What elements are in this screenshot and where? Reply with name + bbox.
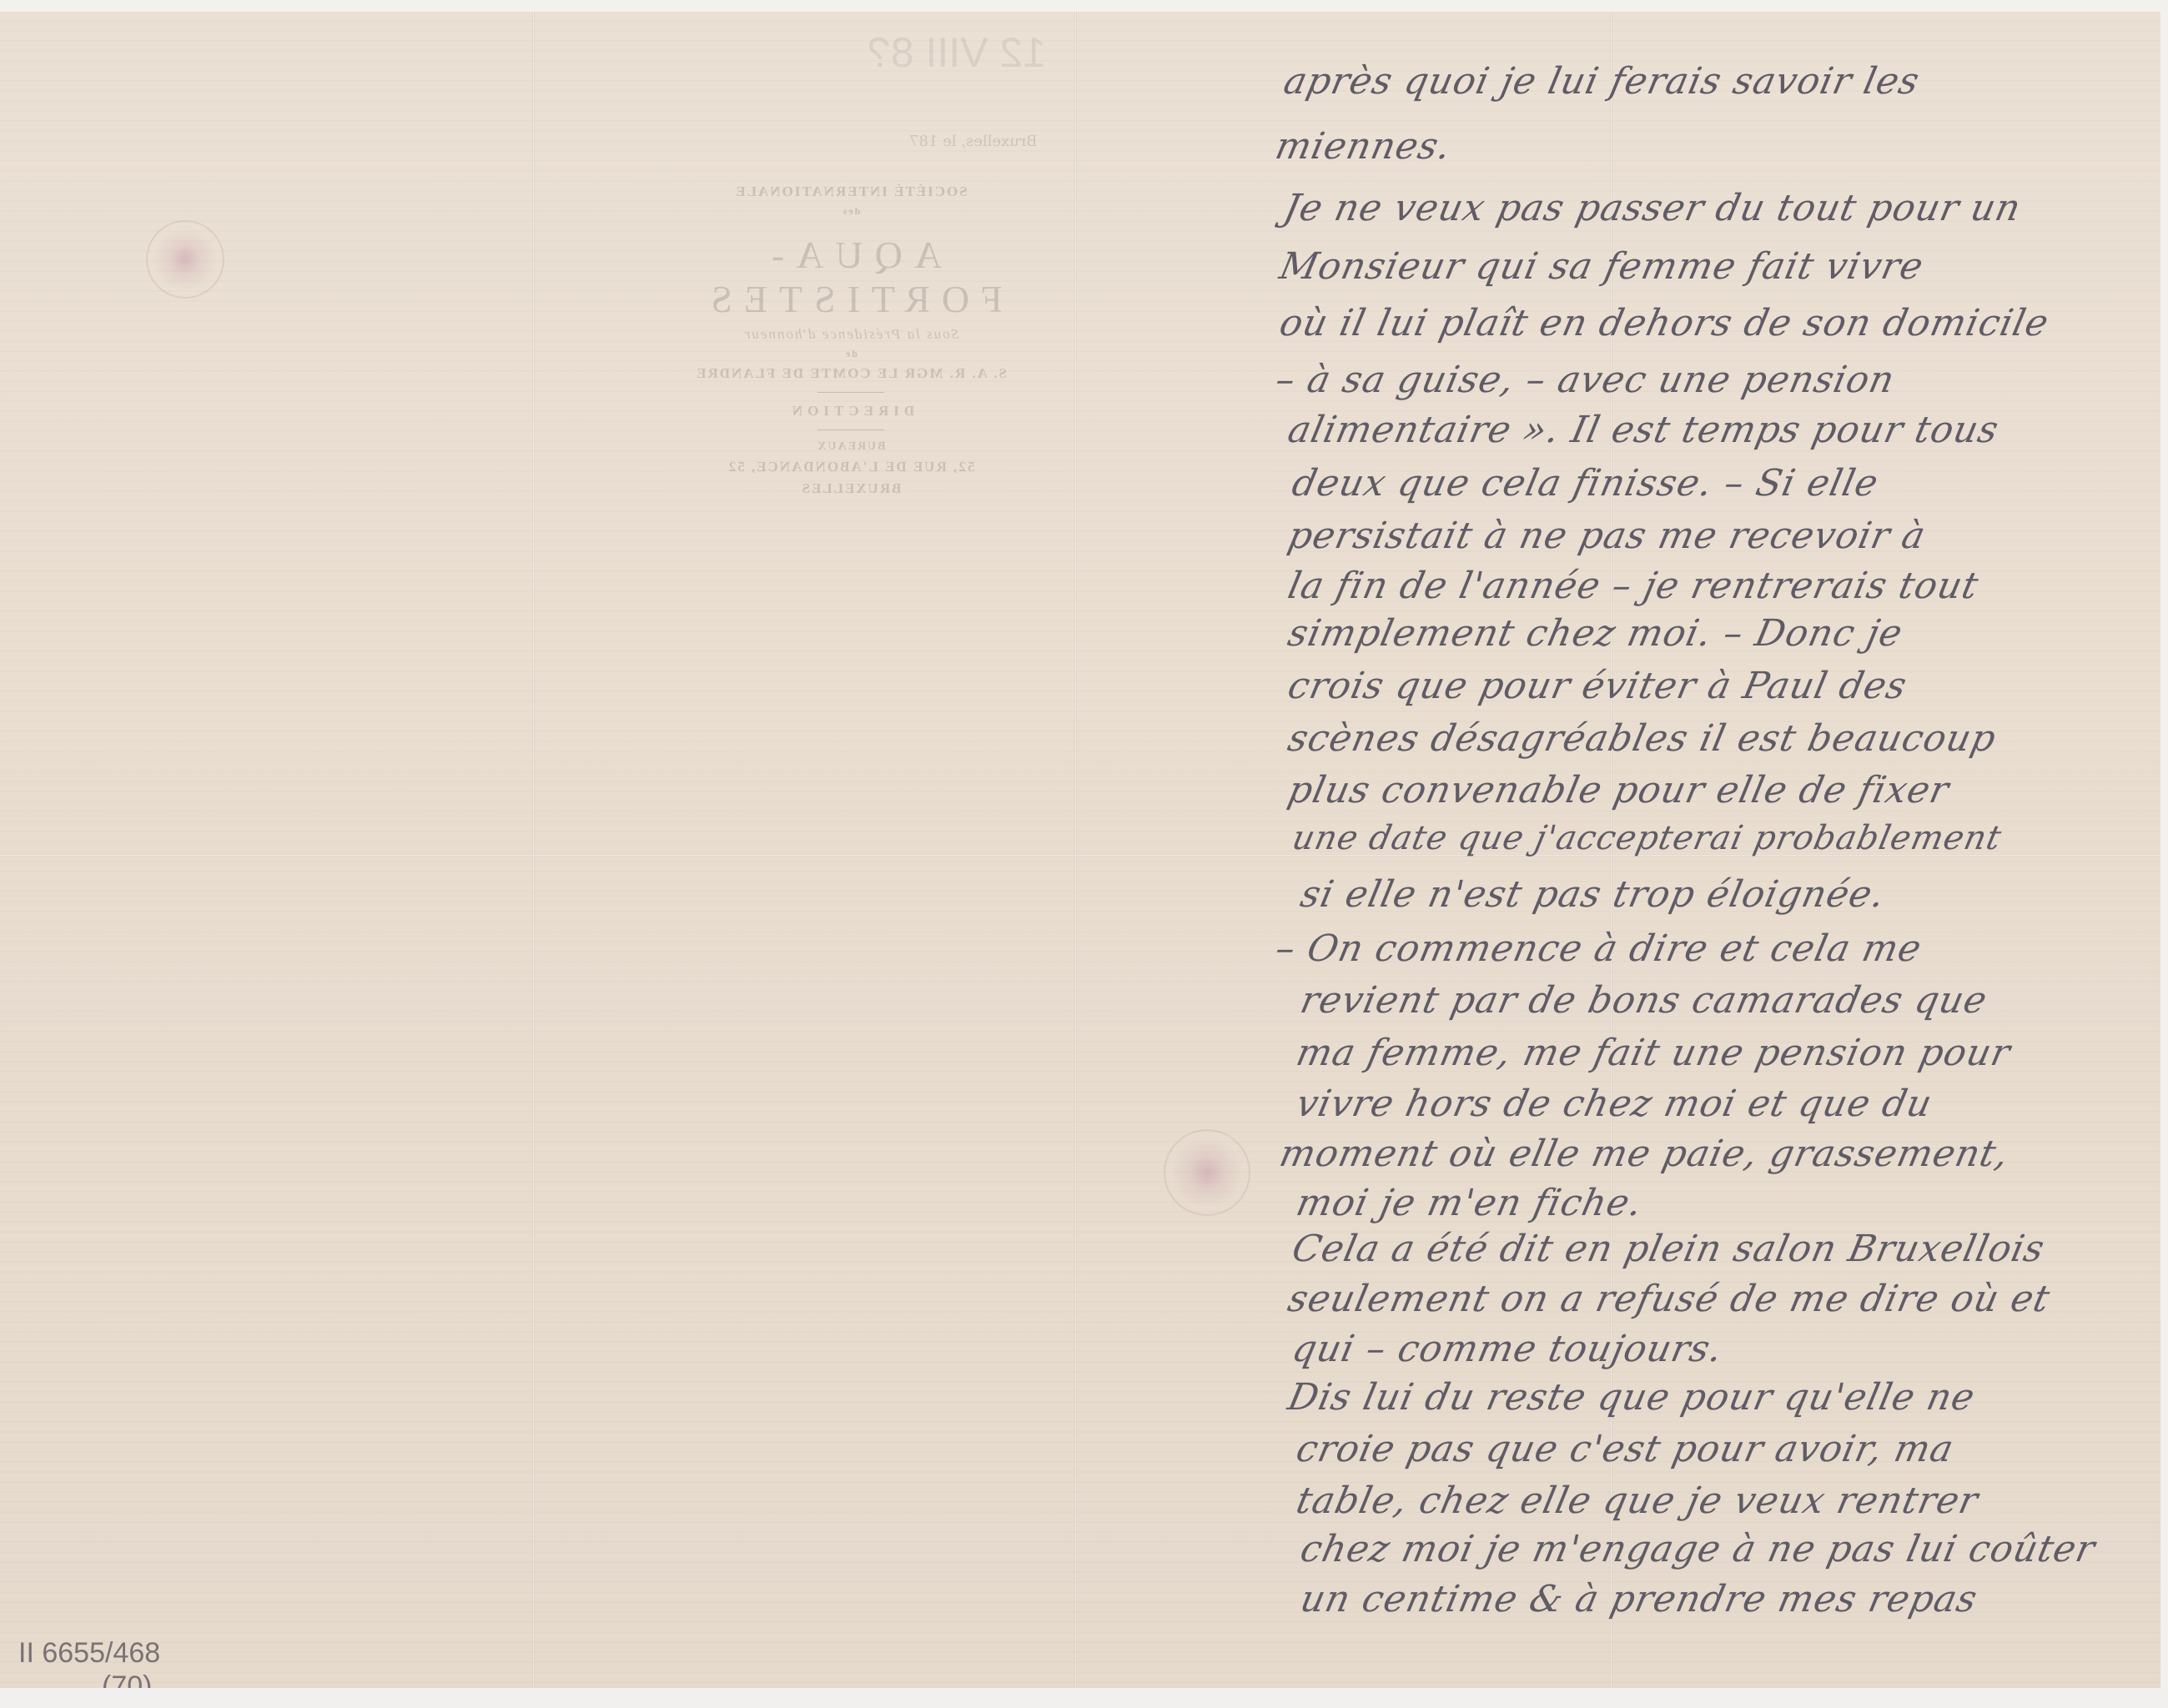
text-line: seulement on a refusé de me dire où et (1285, 1278, 2055, 1320)
library-stamp-center (1164, 1129, 1250, 1216)
text-line: moi je m'en fiche. (1293, 1182, 1647, 1224)
letterhead-line: SOCIÉTÉ INTERNATIONALE (634, 183, 1068, 200)
text-line: – On commence à dire et cela me (1272, 927, 1926, 970)
letterhead-rule (817, 392, 884, 393)
text-line: simplement chez moi. – Donc je (1285, 612, 1907, 655)
letterhead-line: de (634, 348, 1068, 360)
letterhead-line: S. A. R. MGR LE COMTE DE FLANDRE (634, 365, 1068, 382)
text-line: où il lui plaît en dehors de son domicil… (1276, 302, 2053, 344)
text-line: miennes. (1272, 125, 1456, 168)
letterhead-rule (817, 430, 884, 430)
place-show-through: Bruxelles, le 187 (909, 133, 1038, 150)
letterhead-line: DIRECTION (634, 403, 1068, 419)
text-line: ma femme, me fait une pension pour (1293, 1032, 2015, 1074)
letter-sheet: 12 VIII 8? Bruxelles, le 187 SOCIÉTÉ INT… (0, 12, 2160, 1688)
text-line: plus convenable pour elle de fixer (1285, 769, 1954, 811)
text-line: vivre hors de chez moi et que du (1293, 1083, 1937, 1125)
letterhead-line: Sous la Présidence d'honneur (634, 326, 1068, 343)
vertical-fold-left (532, 12, 535, 1688)
text-line: – à sa guise, – avec une pension (1272, 359, 1899, 401)
text-line: si elle n'est pas trop éloignée. (1297, 873, 1889, 916)
text-line: la fin de l'année – je rentrerais tout (1285, 565, 1983, 607)
text-line: crois que pour éviter à Paul des (1285, 665, 1911, 707)
letterhead-line: BRUXELLES (634, 480, 1068, 497)
text-line: Monsieur qui sa femme fait vivre (1276, 245, 1928, 288)
letterhead-line: BUREAUX (634, 440, 1068, 454)
text-line: deux que cela finisse. – Si elle (1289, 462, 1883, 505)
text-line: alimentaire ». Il est temps pour tous (1285, 409, 2003, 451)
text-line: chez moi je m'engage à ne pas lui coûter (1297, 1528, 2100, 1570)
text-line: après quoi je lui ferais savoir les (1280, 60, 1924, 103)
text-line: persistait à ne pas me recevoir à (1285, 515, 1930, 557)
scan-margin (0, 1688, 2168, 1708)
center-fold (1074, 12, 1077, 1688)
date-show-through: 12 VIII 8? (868, 28, 1046, 77)
text-line: un centime & à prendre mes repas (1297, 1578, 1982, 1620)
text-line: moment où elle me paie, grassement, (1276, 1133, 2013, 1175)
letterhead-line: des (634, 205, 1068, 218)
text-line: scènes désagréables il est beaucoup (1285, 717, 2000, 760)
text-line: Dis lui du reste que pour qu'elle ne (1285, 1376, 1979, 1419)
text-line: revient par de bons camarades que (1297, 979, 1991, 1022)
text-line: Je ne veux pas passer du tout pour un (1280, 187, 2025, 229)
library-stamp-left (146, 220, 224, 299)
text-line: croie pas que c'est pour avoir, ma (1293, 1428, 1958, 1470)
text-line: table, chez elle que je veux rentrer (1293, 1479, 1983, 1522)
catalog-number-line1: II 6655/468 (18, 1636, 160, 1670)
text-line: Cela a été dit en plein salon Bruxellois (1289, 1228, 2049, 1270)
text-line: une date que j'accepterai probablement (1289, 819, 2005, 857)
letterhead-show-through: SOCIÉTÉ INTERNATIONALE des AQUA-FORTISTE… (634, 178, 1068, 502)
letterhead-line: 52, RUE DE L'ABONDANCE, 52 (634, 459, 1068, 475)
letterhead-title: AQUA-FORTISTES (634, 233, 1068, 321)
text-line: qui – comme toujours. (1289, 1328, 1728, 1370)
